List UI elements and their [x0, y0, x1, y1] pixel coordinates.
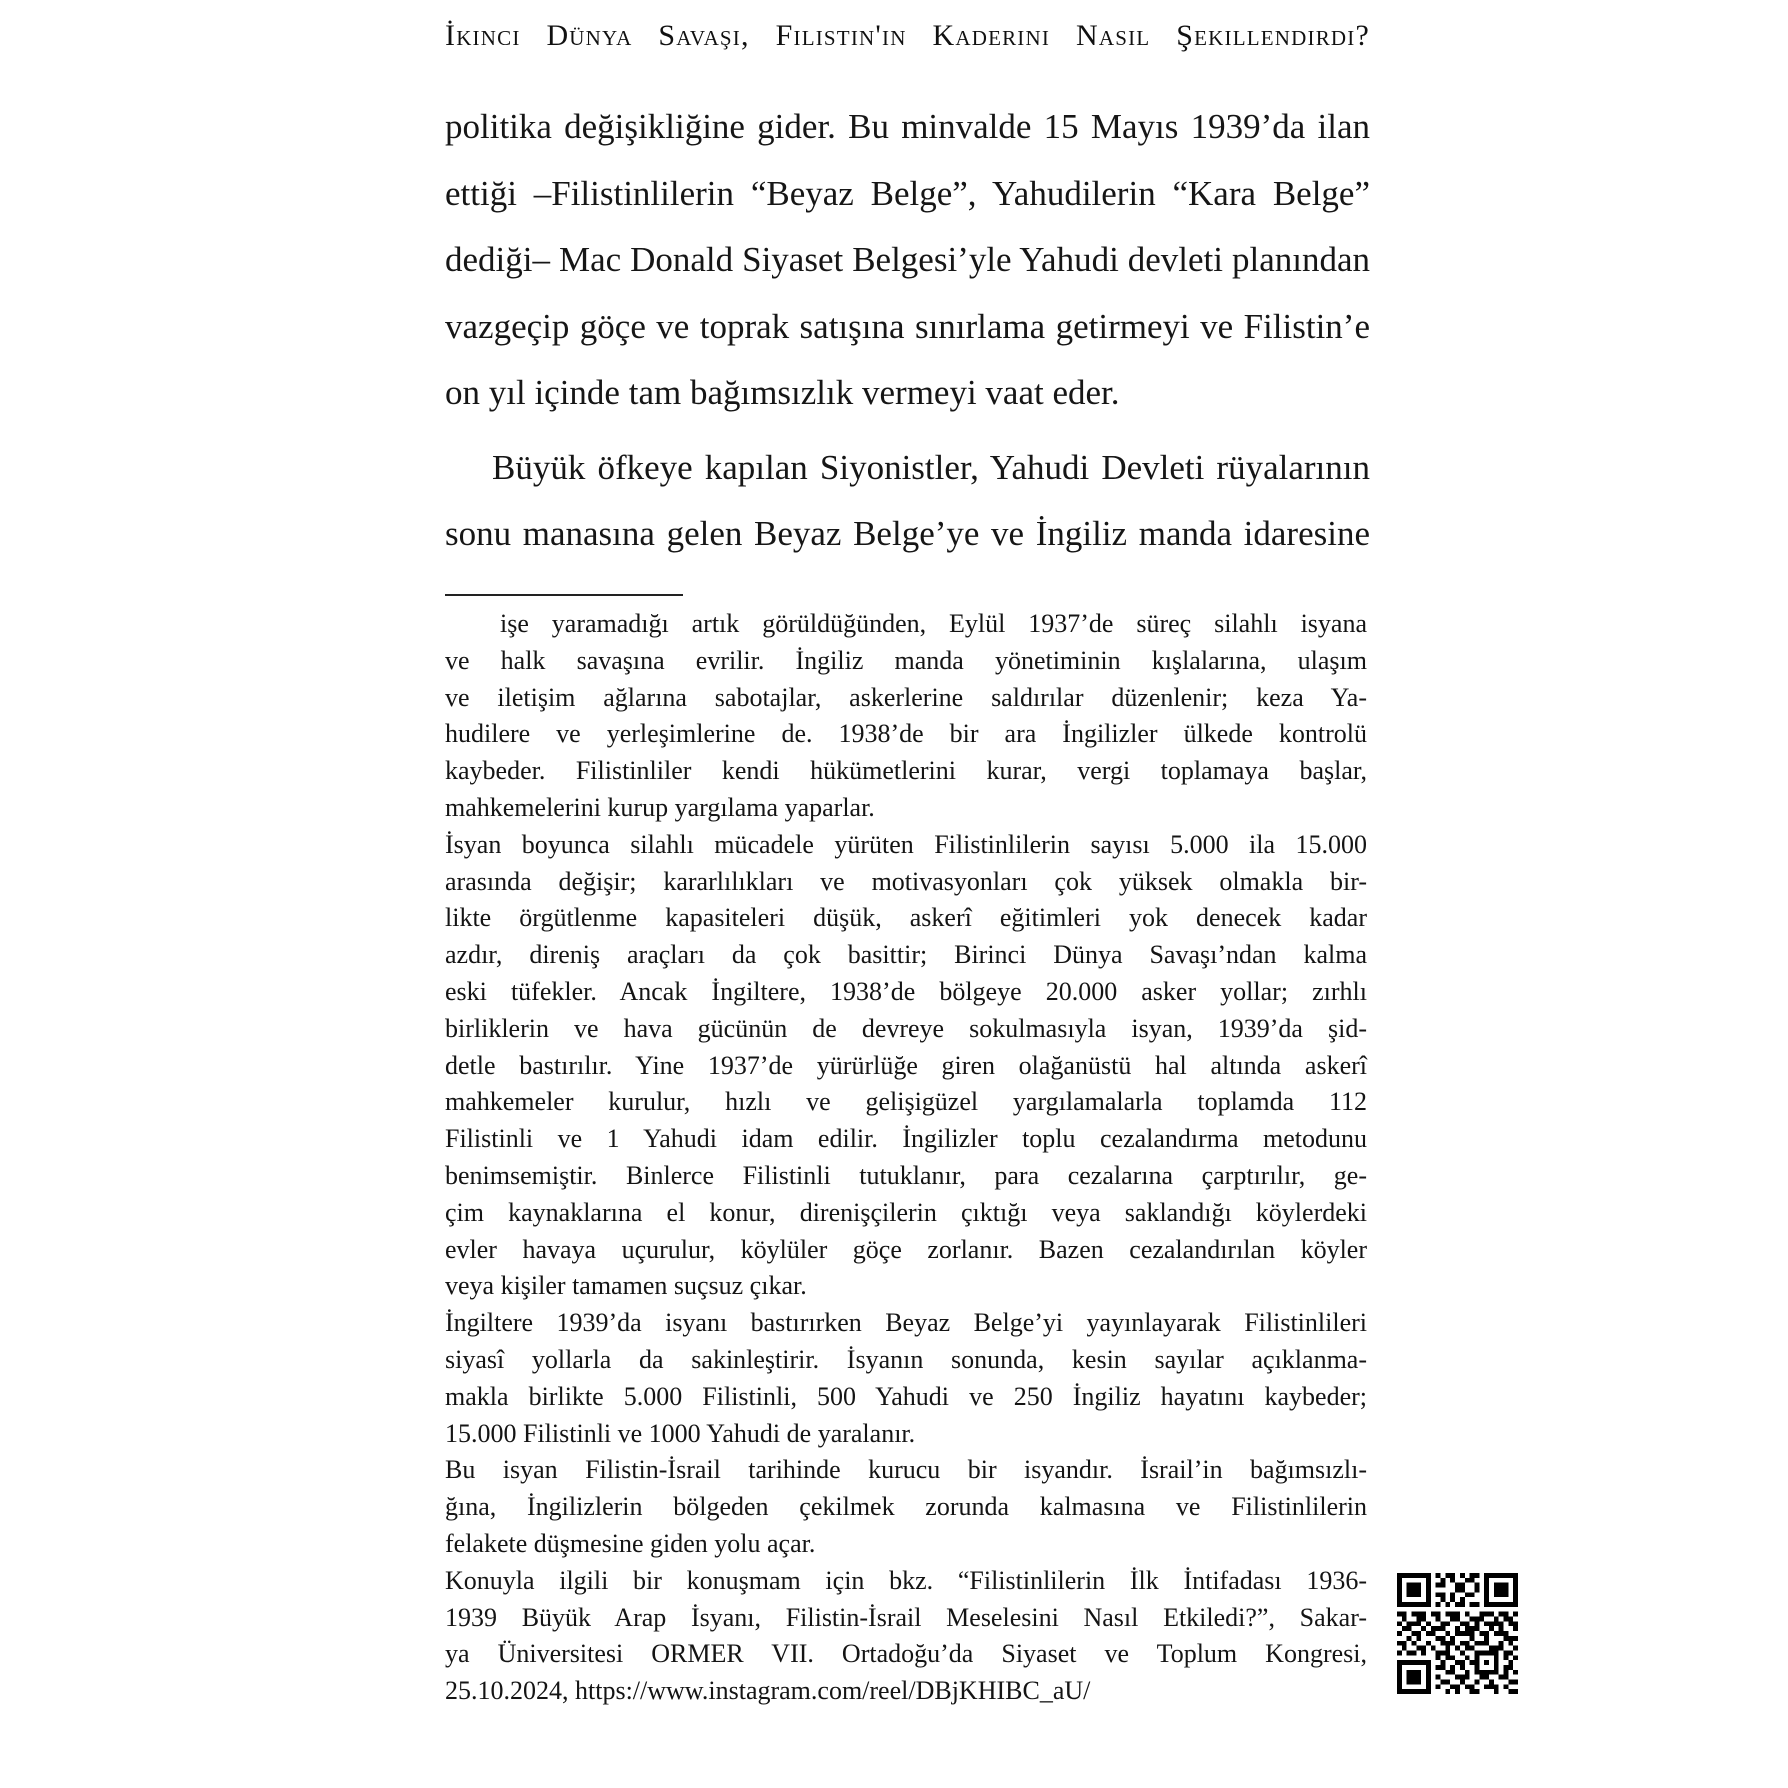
footnote-line: işe yaramadığı artık görüldüğünden, Eylü… [445, 606, 1367, 643]
body-line: ettiği –Filistinlilerin “Beyaz Belge”, Y… [445, 161, 1370, 228]
footnote-line: felakete düşmesine giden yolu açar. [445, 1526, 1367, 1563]
footnote-line: 15.000 Filistinli ve 1000 Yahudi de yara… [445, 1416, 1367, 1453]
footnote-line: mahkemelerini kurup yargılama yaparlar. [445, 790, 1367, 827]
footnote-paragraph: İngiltere 1939’da isyanı bastırırken Bey… [445, 1305, 1367, 1452]
body-line: Büyük öfkeye kapılan Siyonistler, Yahudi… [445, 435, 1370, 502]
body-line: on yıl içinde tam bağımsızlık vermeyi va… [445, 360, 1370, 427]
footnote-line: hudilere ve yerleşimlerine de. 1938’de b… [445, 716, 1367, 753]
book-page: İkinci Dünya Savaşı, Filistin'in Kaderin… [0, 0, 1788, 1788]
paragraph-gap [445, 427, 1370, 435]
footnote-line: 1939 Büyük Arap İsyanı, Filistin-İsrail … [445, 1600, 1367, 1637]
footnote-line: siyasî yollarla da sakinleştirir. İsyanı… [445, 1342, 1367, 1379]
body-line: vazgeçip göçe ve toprak satışına sınırla… [445, 294, 1370, 361]
footnote-line: birliklerin ve hava gücünün de devreye s… [445, 1011, 1367, 1048]
footnote-line: çim kaynaklarına el konur, direnişçileri… [445, 1195, 1367, 1232]
footnote-line: ya Üniversitesi ORMER VII. Ortadoğu’da S… [445, 1636, 1367, 1673]
footnote-line: İsyan boyunca silahlı mücadele yürüten F… [445, 827, 1367, 864]
footnote-link-line[interactable]: 25.10.2024, https://www.instagram.com/re… [445, 1673, 1367, 1710]
body-text: politika değişikliğine gider. Bu minvald… [445, 94, 1370, 568]
body-paragraph: Büyük öfkeye kapılan Siyonistler, Yahudi… [445, 435, 1370, 568]
body-line: politika değişikliğine gider. Bu minvald… [445, 94, 1370, 161]
footnote-line: Bu isyan Filistin-İsrail tarihinde kuruc… [445, 1452, 1367, 1489]
footnote-line: evler havaya uçurulur, köylüler göçe zor… [445, 1232, 1367, 1269]
footnote-line: Filistinli ve 1 Yahudi idam edilir. İngi… [445, 1121, 1367, 1158]
footnote-line: kaybeder. Filistinliler kendi hükümetler… [445, 753, 1367, 790]
footnote-line: ve iletişim ağlarına sabotajlar, askerle… [445, 680, 1367, 717]
footnote-paragraph: işe yaramadığı artık görüldüğünden, Eylü… [445, 606, 1367, 827]
footnote-line: ğına, İngilizlerin bölgeden çekilmek zor… [445, 1489, 1367, 1526]
footnote-line: likte örgütlenme kapasiteleri düşük, ask… [445, 900, 1367, 937]
footnote-line: ve halk savaşına evrilir. İngiliz manda … [445, 643, 1367, 680]
footnote-line: İngiltere 1939’da isyanı bastırırken Bey… [445, 1305, 1367, 1342]
footnote-line: veya kişiler tamamen suçsuz çıkar. [445, 1268, 1367, 1305]
footnote-line: makla birlikte 5.000 Filistinli, 500 Yah… [445, 1379, 1367, 1416]
qr-code-icon[interactable] [1397, 1573, 1518, 1694]
footnote-line: detle bastırılır. Yine 1937’de yürürlüğe… [445, 1048, 1367, 1085]
footnote-line: azdır, direniş araçları da çok basittir;… [445, 937, 1367, 974]
footnote-paragraph: İsyan boyunca silahlı mücadele yürüten F… [445, 827, 1367, 1305]
footnote-paragraph: Konuyla ilgili bir konuşmam için bkz. “F… [445, 1563, 1367, 1710]
body-line: sonu manasına gelen Beyaz Belge’ye ve İn… [445, 501, 1370, 568]
running-head: İkinci Dünya Savaşı, Filistin'in Kaderin… [445, 18, 1370, 54]
footnote-line: benimsemiştir. Binlerce Filistinli tutuk… [445, 1158, 1367, 1195]
body-line: dediği– Mac Donald Siyaset Belgesi’yle Y… [445, 227, 1370, 294]
footnotes: işe yaramadığı artık görüldüğünden, Eylü… [445, 606, 1367, 1710]
footnote-separator-rule [445, 594, 683, 596]
footnote-line: Konuyla ilgili bir konuşmam için bkz. “F… [445, 1563, 1367, 1600]
body-paragraph: politika değişikliğine gider. Bu minvald… [445, 94, 1370, 427]
footnote-paragraph: Bu isyan Filistin-İsrail tarihinde kuruc… [445, 1452, 1367, 1562]
footnote-line: arasında değişir; kararlılıkları ve moti… [445, 864, 1367, 901]
footnote-line: eski tüfekler. Ancak İngiltere, 1938’de … [445, 974, 1367, 1011]
footnote-line: mahkemeler kurulur, hızlı ve gelişigüzel… [445, 1084, 1367, 1121]
